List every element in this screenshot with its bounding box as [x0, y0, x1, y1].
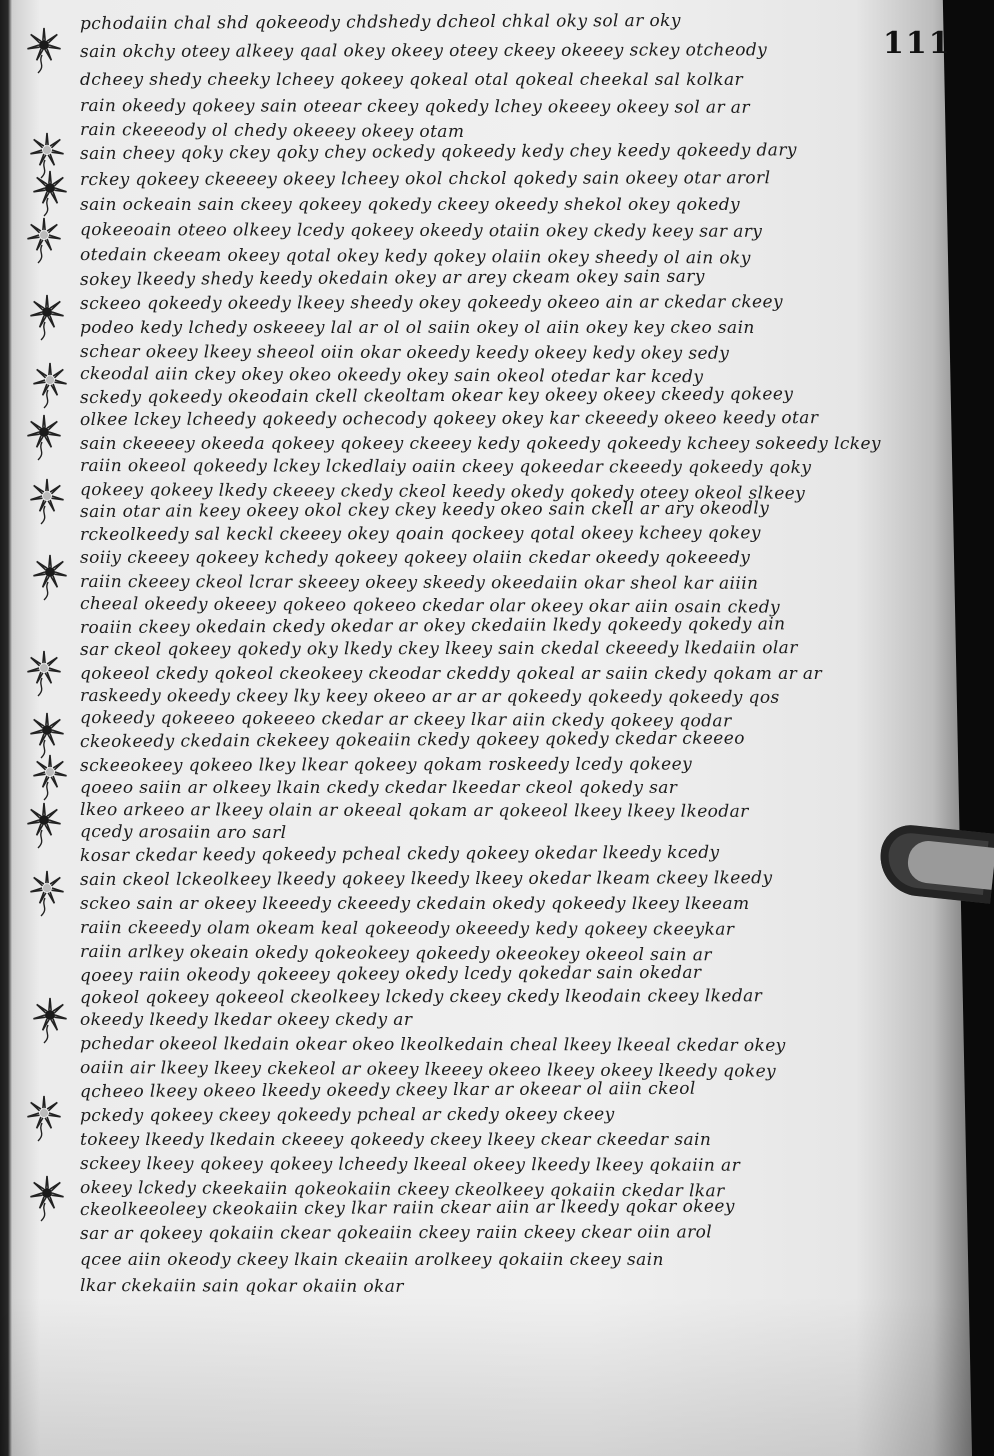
manuscript-line: qokeeol ckedy qokeol ckeokeey ckeodar ck…: [80, 664, 822, 684]
star-icon: [22, 215, 66, 265]
manuscript-line: pchedar okeeol lkedain okear okeo lkeolk…: [80, 1034, 786, 1056]
manuscript-line: sain ockeain sain ckeey qokeey qokedy ck…: [80, 195, 740, 215]
manuscript-line: pchodaiin chal shd qokeeody chdshedy dch…: [80, 11, 681, 34]
manuscript-line: qcedy arosaiin aro sarl: [80, 822, 287, 843]
manuscript-line: rain ckeeeody ol chedy okeeey okeey otam: [80, 120, 464, 142]
star-icon: [22, 25, 66, 75]
folio-number: 111: [883, 26, 952, 61]
star-icon: [22, 1093, 66, 1143]
manuscript-line: sckeo sain ar okeey lkeeedy ckeeedy cked…: [80, 894, 750, 914]
manuscript-line: roaiin ckeey okedain ckedy okedar ar oke…: [80, 614, 786, 638]
manuscript-line: raiin arlkey okeain okedy qokeokeey qoke…: [80, 942, 712, 965]
manuscript-line: sckedy qokeedy okeodain ckell ckeoltam o…: [80, 384, 793, 408]
manuscript-line: lkeo arkeeo ar lkeey olain ar okeeal qok…: [80, 800, 749, 822]
manuscript-line: raiin ckeeey ckeol lcrar skeeey okeey sk…: [80, 572, 758, 594]
manuscript-line: rckeolkeedy sal keckl ckeeey okey qoain …: [80, 523, 761, 545]
manuscript-line: schear okeey lkeey sheeol oiin okar okee…: [80, 342, 729, 364]
manuscript-line: soiiy ckeeey qokeey kchedy qokeey qokeey…: [80, 548, 750, 568]
manuscript-line: ckeolkeeoleey ckeokaiin ckey lkar raiin …: [80, 1197, 735, 1220]
star-icon: [28, 995, 72, 1045]
manuscript-line: podeo kedy lchedy oskeeey lal ar ol ol s…: [80, 318, 755, 338]
star-icon: [25, 1173, 69, 1223]
star-icon: [22, 648, 66, 698]
manuscript-line: raiin okeeol qokeedy lckey lckedlaiy oai…: [80, 456, 811, 478]
star-icon: [22, 412, 66, 462]
manuscript-line: sokey lkeedy shedy keedy okedain okey ar…: [80, 267, 705, 290]
manuscript-line: qokeeoain oteeo olkeey lcedy qokeey okee…: [80, 220, 762, 242]
manuscript-line: rain okeedy qokeey sain oteear ckeey qok…: [80, 96, 750, 118]
star-icon: [25, 292, 69, 342]
star-icon: [28, 752, 72, 802]
manuscript-line: qcee aiin okeody ckeey lkain ckeaiin aro…: [80, 1250, 664, 1270]
manuscript-line: ckeokeedy ckedain ckekeey qokeaiin ckedy…: [80, 729, 745, 752]
manuscript-line: sckeeo qokeedy okeedy lkeey sheedy okey …: [80, 292, 783, 314]
manuscript-line: sain ckeeeey okeeda qokeey qokeey ckeeey…: [80, 434, 881, 454]
manuscript-line: sain okchy oteey alkeey qaal okey okeey …: [80, 40, 767, 62]
manuscript-line: otedain ckeeam okeey qotal okey kedy qok…: [80, 245, 751, 269]
star-icon: [25, 476, 69, 526]
manuscript-line: qcheeo lkeey okeeo lkeedy okeedy ckeey l…: [80, 1079, 696, 1102]
manuscript-line: pckedy qokeey ckeey qokeedy pcheal ar ck…: [80, 1105, 615, 1126]
manuscript-line: sain ckeol lckeolkeey lkeedy qokeey lkee…: [80, 868, 773, 890]
manuscript-line: okeedy lkeedy lkedar okeey ckedy ar: [80, 1010, 412, 1030]
star-icon: [28, 360, 72, 410]
manuscript-line: kosar ckedar keedy qokeedy pcheal ckedy …: [80, 843, 720, 866]
manuscript-line: qoeeo saiin ar olkeey lkain ckedy ckedar…: [80, 778, 677, 798]
manuscript-line: olkee lckey lcheedy qokeedy ochecody qok…: [80, 408, 818, 430]
manuscript-line: sain cheey qoky ckey qoky chey ockedy qo…: [80, 140, 797, 164]
manuscript-line: tokeey lkeedy lkedain ckeeey qokeedy cke…: [80, 1130, 711, 1150]
manuscript-line: ckeodal aiin ckey okey okeo okeedy okey …: [80, 364, 703, 387]
manuscript-line: qokeol qokeey qokeeol ckeolkeey lckedy c…: [80, 986, 762, 1008]
manuscript-line: sain otar ain keey okeey okol ckey ckey …: [80, 498, 769, 522]
manuscript-line: raskeedy okeedy ckeey lky keey okeeo ar …: [80, 686, 780, 708]
manuscript-line: sckeeokeey qokeeo lkey lkear qokeey qoka…: [80, 754, 692, 776]
star-icon: [28, 552, 72, 602]
star-icon: [25, 868, 69, 918]
manuscript-line: sar ar qokeey qokaiin ckear qokeaiin cke…: [80, 1222, 712, 1244]
star-icon: [28, 168, 72, 218]
manuscript-line: sckeey lkeey qokeey qokeey lcheedy lkeea…: [80, 1154, 740, 1176]
manuscript-line: qokeedy qokeeeo qokeeeo ckedar ar ckeey …: [80, 708, 732, 731]
manuscript-line: rckey qokeey ckeeeey okeey lcheey okol c…: [80, 168, 770, 190]
manuscript-line: sar ckeol qokeey qokedy oky lkedy ckey l…: [80, 638, 798, 660]
manuscript-line: lkar ckekaiin sain qokar okaiin okar: [80, 1276, 404, 1297]
manuscript-line: qoeey raiin okeody qokeeey qokeey okedy …: [80, 963, 702, 986]
manuscript-line: dcheey shedy cheeky lcheey qokeey qokeal…: [80, 70, 743, 90]
manuscript-line: raiin ckeeedy olam okeam keal qokeeody o…: [80, 918, 734, 940]
star-icon: [22, 800, 66, 850]
